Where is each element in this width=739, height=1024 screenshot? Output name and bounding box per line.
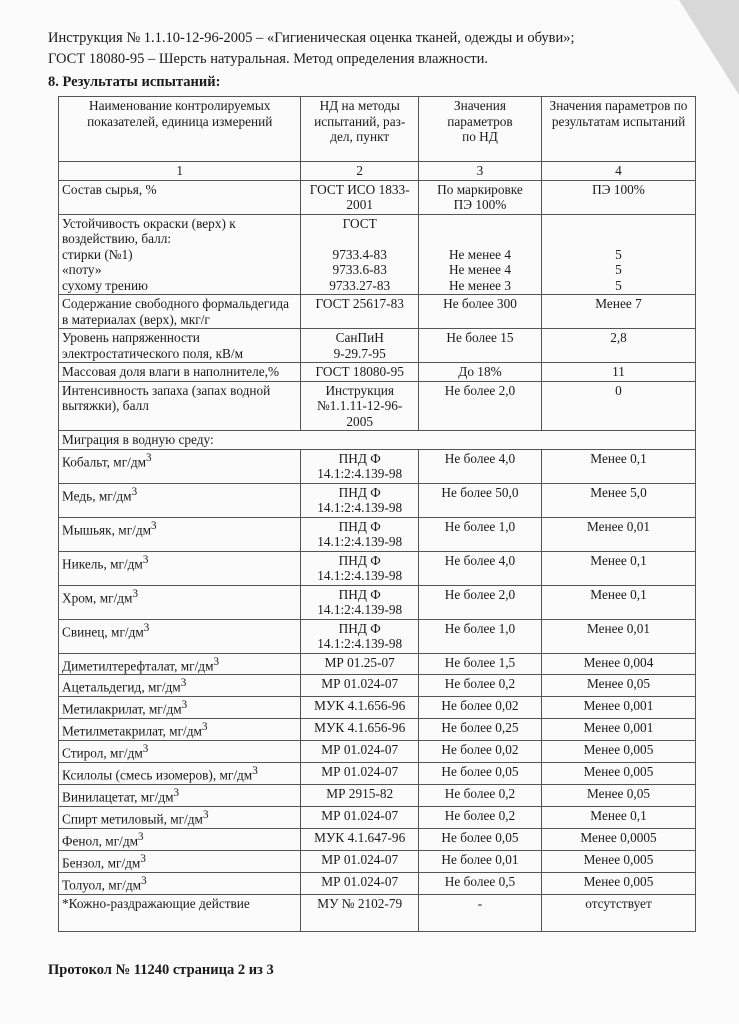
row-result: Менее 0,001 bbox=[542, 719, 696, 741]
migration-title: Миграция в водную среду: bbox=[59, 431, 696, 450]
table-row: Ксилолы (смесь изомеров), мг/дм3МР 01.02… bbox=[59, 763, 696, 785]
header-norm: Значения параметров по НД bbox=[418, 97, 541, 162]
table-row-moisture: Массовая доля влаги в наполнителе,% ГОСТ… bbox=[59, 363, 696, 382]
unit-superscript: 3 bbox=[140, 853, 146, 865]
row-result: Менее 0,1 bbox=[542, 449, 696, 483]
row-method: МР 01.024-07 bbox=[301, 741, 419, 763]
unit-superscript: 3 bbox=[214, 656, 220, 668]
row-norm: Не более 0,25 bbox=[418, 719, 541, 741]
unit-superscript: 3 bbox=[143, 743, 149, 755]
row-method: МР 01.024-07 bbox=[301, 850, 419, 872]
unit-superscript: 3 bbox=[252, 765, 258, 777]
row-norm: Не менее 4 Не менее 4 Не менее 3 bbox=[418, 214, 541, 295]
row-method: МУК 4.1.656-96 bbox=[301, 697, 419, 719]
col-num-2: 2 bbox=[301, 162, 419, 181]
row-norm: Не более 50,0 bbox=[418, 483, 541, 517]
table-row: Винилацетат, мг/дм3МР 2915-82Не более 0,… bbox=[59, 785, 696, 807]
row-name: Содержание свободного формальдегида в ма… bbox=[59, 295, 301, 329]
table-row: Фенол, мг/дм3МУК 4.1.647-96Не более 0,05… bbox=[59, 828, 696, 850]
row-norm: - bbox=[418, 894, 541, 931]
reference-line-2: ГОСТ 18080-95 – Шерсть натуральная. Мето… bbox=[48, 49, 575, 70]
row-method: МР 01.024-07 bbox=[301, 872, 419, 894]
row-norm: До 18% bbox=[418, 363, 541, 382]
row-name: Хром, мг/дм3 bbox=[59, 585, 301, 619]
section-title: 8. Результаты испытаний: bbox=[48, 74, 220, 91]
row-name: Устойчивость окраски (верх) к воздействи… bbox=[59, 214, 301, 295]
col-num-3: 3 bbox=[418, 162, 541, 181]
table-row-skin-irritation: *Кожно-раздражающие действиеМУ № 2102-79… bbox=[59, 894, 696, 931]
row-result: Менее 0,05 bbox=[542, 675, 696, 697]
table-row: Стирол, мг/дм3МР 01.024-07Не более 0,02М… bbox=[59, 741, 696, 763]
row-result: 2,8 bbox=[542, 329, 696, 363]
unit-superscript: 3 bbox=[182, 699, 188, 711]
table-row: Метилметакрилат, мг/дм3МУК 4.1.656-96Не … bbox=[59, 719, 696, 741]
row-method: МР 01.024-07 bbox=[301, 675, 419, 697]
row-result: отсутствует bbox=[542, 894, 696, 931]
row-method: МР 2915-82 bbox=[301, 785, 419, 807]
row-name: Мышьяк, мг/дм3 bbox=[59, 517, 301, 551]
row-norm: Не более 2,0 bbox=[418, 381, 541, 431]
row-name: Никель, мг/дм3 bbox=[59, 551, 301, 585]
header-method: НД на методы испытаний, раз-дел, пункт bbox=[301, 97, 419, 162]
row-result: Менее 0,1 bbox=[542, 806, 696, 828]
row-result: Менее 0,005 bbox=[542, 872, 696, 894]
row-name: Массовая доля влаги в наполнителе,% bbox=[59, 363, 301, 382]
unit-superscript: 3 bbox=[202, 721, 208, 733]
row-name: Состав сырья, % bbox=[59, 180, 301, 214]
unit-superscript: 3 bbox=[203, 809, 209, 821]
row-result: 11 bbox=[542, 363, 696, 382]
table-row: Метилакрилат, мг/дм3МУК 4.1.656-96Не бол… bbox=[59, 697, 696, 719]
row-name: Уровень напряженности электростатическог… bbox=[59, 329, 301, 363]
row-norm: Не более 0,2 bbox=[418, 675, 541, 697]
col-num-4: 4 bbox=[542, 162, 696, 181]
row-norm: Не более 1,5 bbox=[418, 653, 541, 675]
row-norm: Не более 1,0 bbox=[418, 619, 541, 653]
row-name: *Кожно-раздражающие действие bbox=[59, 894, 301, 931]
row-name: Интенсивность запаха (запах водной вытяж… bbox=[59, 381, 301, 431]
table-row: Ацетальдегид, мг/дм3МР 01.024-07Не более… bbox=[59, 675, 696, 697]
page-footer: Протокол № 11240 страница 2 из 3 bbox=[48, 962, 274, 979]
table-row: Толуол, мг/дм3МР 01.024-07Не более 0,5Ме… bbox=[59, 872, 696, 894]
row-norm: Не более 0,2 bbox=[418, 806, 541, 828]
table-row-migration-title: Миграция в водную среду: bbox=[59, 431, 696, 450]
row-result: Менее 5,0 bbox=[542, 483, 696, 517]
table-row-colorfastness: Устойчивость окраски (верх) к воздействи… bbox=[59, 214, 696, 295]
table-row: Диметилтерефталат, мг/дм3МР 01.25-07Не б… bbox=[59, 653, 696, 675]
table-row: Кобальт, мг/дм3ПНД Ф 14.1:2:4.139-98Не б… bbox=[59, 449, 696, 483]
row-norm: Не более 1,0 bbox=[418, 517, 541, 551]
row-result: Менее 0,004 bbox=[542, 653, 696, 675]
unit-superscript: 3 bbox=[132, 486, 138, 498]
row-method: МУК 4.1.656-96 bbox=[301, 719, 419, 741]
table-row: Никель, мг/дм3ПНД Ф 14.1:2:4.139-98Не бо… bbox=[59, 551, 696, 585]
row-norm: По маркировке ПЭ 100% bbox=[418, 180, 541, 214]
row-norm: Не более 0,02 bbox=[418, 697, 541, 719]
row-name: Медь, мг/дм3 bbox=[59, 483, 301, 517]
unit-superscript: 3 bbox=[151, 520, 157, 532]
row-result: Менее 0,005 bbox=[542, 741, 696, 763]
table-row: Свинец, мг/дм3ПНД Ф 14.1:2:4.139-98Не бо… bbox=[59, 619, 696, 653]
row-method: ПНД Ф 14.1:2:4.139-98 bbox=[301, 619, 419, 653]
row-method: ГОСТ 25617-83 bbox=[301, 295, 419, 329]
row-norm: Не более 0,5 bbox=[418, 872, 541, 894]
row-result: Менее 0,1 bbox=[542, 585, 696, 619]
unit-superscript: 3 bbox=[143, 554, 149, 566]
row-method: Инструкция №1.1.11-12-96-2005 bbox=[301, 381, 419, 431]
row-name: Стирол, мг/дм3 bbox=[59, 741, 301, 763]
row-name: Винилацетат, мг/дм3 bbox=[59, 785, 301, 807]
row-method: ГОСТ 9733.4-83 9733.6-83 9733.27-83 bbox=[301, 214, 419, 295]
row-name: Метилметакрилат, мг/дм3 bbox=[59, 719, 301, 741]
unit-superscript: 3 bbox=[138, 831, 144, 843]
row-method: МУ № 2102-79 bbox=[301, 894, 419, 931]
unit-superscript: 3 bbox=[144, 622, 150, 634]
unit-superscript: 3 bbox=[141, 875, 147, 887]
unit-superscript: 3 bbox=[181, 677, 187, 689]
row-result: Менее 0,05 bbox=[542, 785, 696, 807]
column-number-row: 1 2 3 4 bbox=[59, 162, 696, 181]
table-row: Медь, мг/дм3ПНД Ф 14.1:2:4.139-98Не боле… bbox=[59, 483, 696, 517]
row-result: ПЭ 100% bbox=[542, 180, 696, 214]
row-result: 5 5 5 bbox=[542, 214, 696, 295]
reference-line-1: Инструкция № 1.1.10-12-96-2005 – «Гигиен… bbox=[48, 28, 575, 49]
row-result: 0 bbox=[542, 381, 696, 431]
row-norm: Не более 2,0 bbox=[418, 585, 541, 619]
header-indicator: Наименование контролируемых показателей,… bbox=[59, 97, 301, 162]
unit-superscript: 3 bbox=[174, 787, 180, 799]
row-name: Бензол, мг/дм3 bbox=[59, 850, 301, 872]
row-method: МР 01.25-07 bbox=[301, 653, 419, 675]
row-method: ГОСТ ИСО 1833-2001 bbox=[301, 180, 419, 214]
row-result: Менее 0,001 bbox=[542, 697, 696, 719]
row-name: Фенол, мг/дм3 bbox=[59, 828, 301, 850]
row-method: СанПиН 9-29.7-95 bbox=[301, 329, 419, 363]
row-norm: Не более 0,01 bbox=[418, 850, 541, 872]
row-method: МР 01.024-07 bbox=[301, 806, 419, 828]
row-method: ГОСТ 18080-95 bbox=[301, 363, 419, 382]
row-norm: Не более 0,02 bbox=[418, 741, 541, 763]
unit-superscript: 3 bbox=[132, 588, 138, 600]
results-table: Наименование контролируемых показателей,… bbox=[58, 96, 696, 932]
row-result: Менее 0,01 bbox=[542, 517, 696, 551]
header-result: Значения параметров по результатам испыт… bbox=[542, 97, 696, 162]
row-method: МУК 4.1.647-96 bbox=[301, 828, 419, 850]
row-name: Ацетальдегид, мг/дм3 bbox=[59, 675, 301, 697]
row-result: Менее 7 bbox=[542, 295, 696, 329]
row-result: Менее 0,005 bbox=[542, 850, 696, 872]
table-row: Спирт метиловый, мг/дм3МР 01.024-07Не бо… bbox=[59, 806, 696, 828]
table-row: Бензол, мг/дм3МР 01.024-07Не более 0,01М… bbox=[59, 850, 696, 872]
row-norm: Не более 0,05 bbox=[418, 828, 541, 850]
page-corner-fold bbox=[679, 0, 739, 95]
row-name: Ксилолы (смесь изомеров), мг/дм3 bbox=[59, 763, 301, 785]
row-name: Толуол, мг/дм3 bbox=[59, 872, 301, 894]
row-method: ПНД Ф 14.1:2:4.139-98 bbox=[301, 585, 419, 619]
row-norm: Не более 0,05 bbox=[418, 763, 541, 785]
row-name: Метилакрилат, мг/дм3 bbox=[59, 697, 301, 719]
row-result: Менее 0,01 bbox=[542, 619, 696, 653]
row-norm: Не более 4,0 bbox=[418, 551, 541, 585]
table-row-electrostatic: Уровень напряженности электростатическог… bbox=[59, 329, 696, 363]
col-num-1: 1 bbox=[59, 162, 301, 181]
row-norm: Не более 300 bbox=[418, 295, 541, 329]
table-row-formaldehyde: Содержание свободного формальдегида в ма… bbox=[59, 295, 696, 329]
row-norm: Не более 15 bbox=[418, 329, 541, 363]
row-name: Кобальт, мг/дм3 bbox=[59, 449, 301, 483]
table-header-row: Наименование контролируемых показателей,… bbox=[59, 97, 696, 162]
references: Инструкция № 1.1.10-12-96-2005 – «Гигиен… bbox=[48, 28, 575, 70]
row-name: Свинец, мг/дм3 bbox=[59, 619, 301, 653]
row-method: ПНД Ф 14.1:2:4.139-98 bbox=[301, 449, 419, 483]
row-result: Менее 0,005 bbox=[542, 763, 696, 785]
row-name: Спирт метиловый, мг/дм3 bbox=[59, 806, 301, 828]
row-method: ПНД Ф 14.1:2:4.139-98 bbox=[301, 517, 419, 551]
row-method: ПНД Ф 14.1:2:4.139-98 bbox=[301, 483, 419, 517]
table-row-odor: Интенсивность запаха (запах водной вытяж… bbox=[59, 381, 696, 431]
row-result: Менее 0,1 bbox=[542, 551, 696, 585]
row-norm: Не более 4,0 bbox=[418, 449, 541, 483]
row-result: Менее 0,0005 bbox=[542, 828, 696, 850]
row-method: ПНД Ф 14.1:2:4.139-98 bbox=[301, 551, 419, 585]
unit-superscript: 3 bbox=[146, 452, 152, 464]
table-row: Мышьяк, мг/дм3ПНД Ф 14.1:2:4.139-98Не бо… bbox=[59, 517, 696, 551]
row-method: МР 01.024-07 bbox=[301, 763, 419, 785]
table-row-composition: Состав сырья, % ГОСТ ИСО 1833-2001 По ма… bbox=[59, 180, 696, 214]
row-norm: Не более 0,2 bbox=[418, 785, 541, 807]
table-row: Хром, мг/дм3ПНД Ф 14.1:2:4.139-98Не боле… bbox=[59, 585, 696, 619]
row-name: Диметилтерефталат, мг/дм3 bbox=[59, 653, 301, 675]
